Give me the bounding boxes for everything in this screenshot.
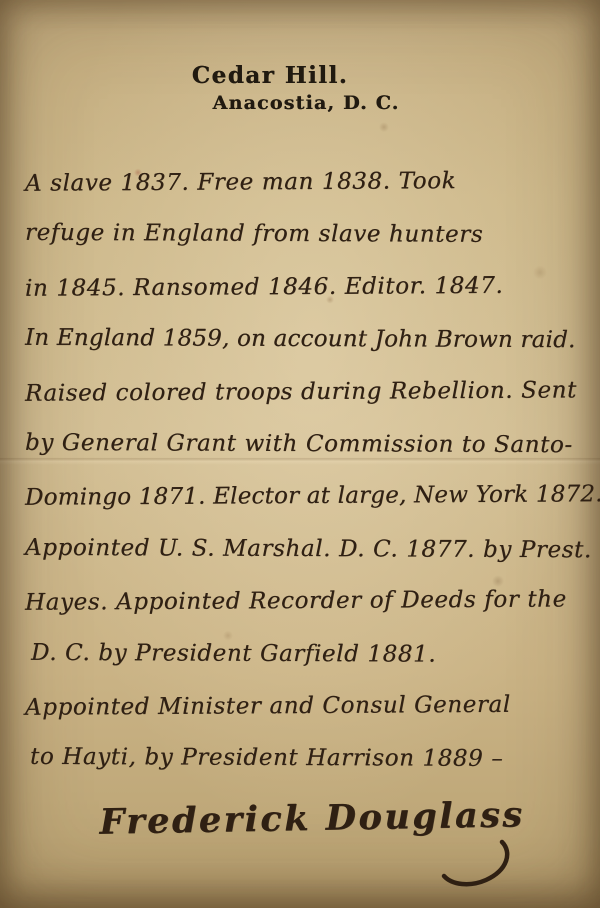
letterhead-line-cedar-hill: Cedar Hill.	[0, 62, 570, 89]
manuscript-line: A slave 1837. Free man 1838. Took	[25, 154, 584, 210]
manuscript-line: by General Grant with Commission to Sant…	[25, 417, 584, 472]
manuscript-body: A slave 1837. Free man 1838. Took refuge…	[25, 156, 584, 785]
manuscript-line: refuge in England from slave hunters	[25, 207, 584, 262]
manuscript-line: in 1845. Ransomed 1846. Editor. 1847.	[25, 259, 584, 315]
manuscript-line: D. C. by President Garfield 1881.	[25, 626, 584, 681]
manuscript-line: Raised colored troops during Rebellion. …	[25, 364, 584, 420]
manuscript-line: Hayes. Appointed Recorder of Deeds for t…	[25, 573, 584, 629]
manuscript-line: Domingo 1871. Elector at large, New York…	[25, 469, 584, 525]
manuscript-line: Appointed U. S. Marshal. D. C. 1877. by …	[25, 522, 584, 577]
letter-paper: Cedar Hill. Anacostia, D. C. A slave 183…	[0, 0, 600, 908]
letterhead-line-anacostia: Anacostia, D. C.	[6, 92, 600, 114]
manuscript-line: to Hayti, by President Harrison 1889 –	[25, 731, 584, 786]
signature-flourish-stroke	[440, 838, 510, 893]
signature-frederick-douglass: Frederick Douglass	[12, 793, 600, 844]
manuscript-line: Appointed Minister and Consul General	[25, 678, 584, 734]
letterhead: Cedar Hill. Anacostia, D. C.	[0, 62, 600, 114]
manuscript-line: In England 1859, on account John Brown r…	[25, 312, 584, 367]
